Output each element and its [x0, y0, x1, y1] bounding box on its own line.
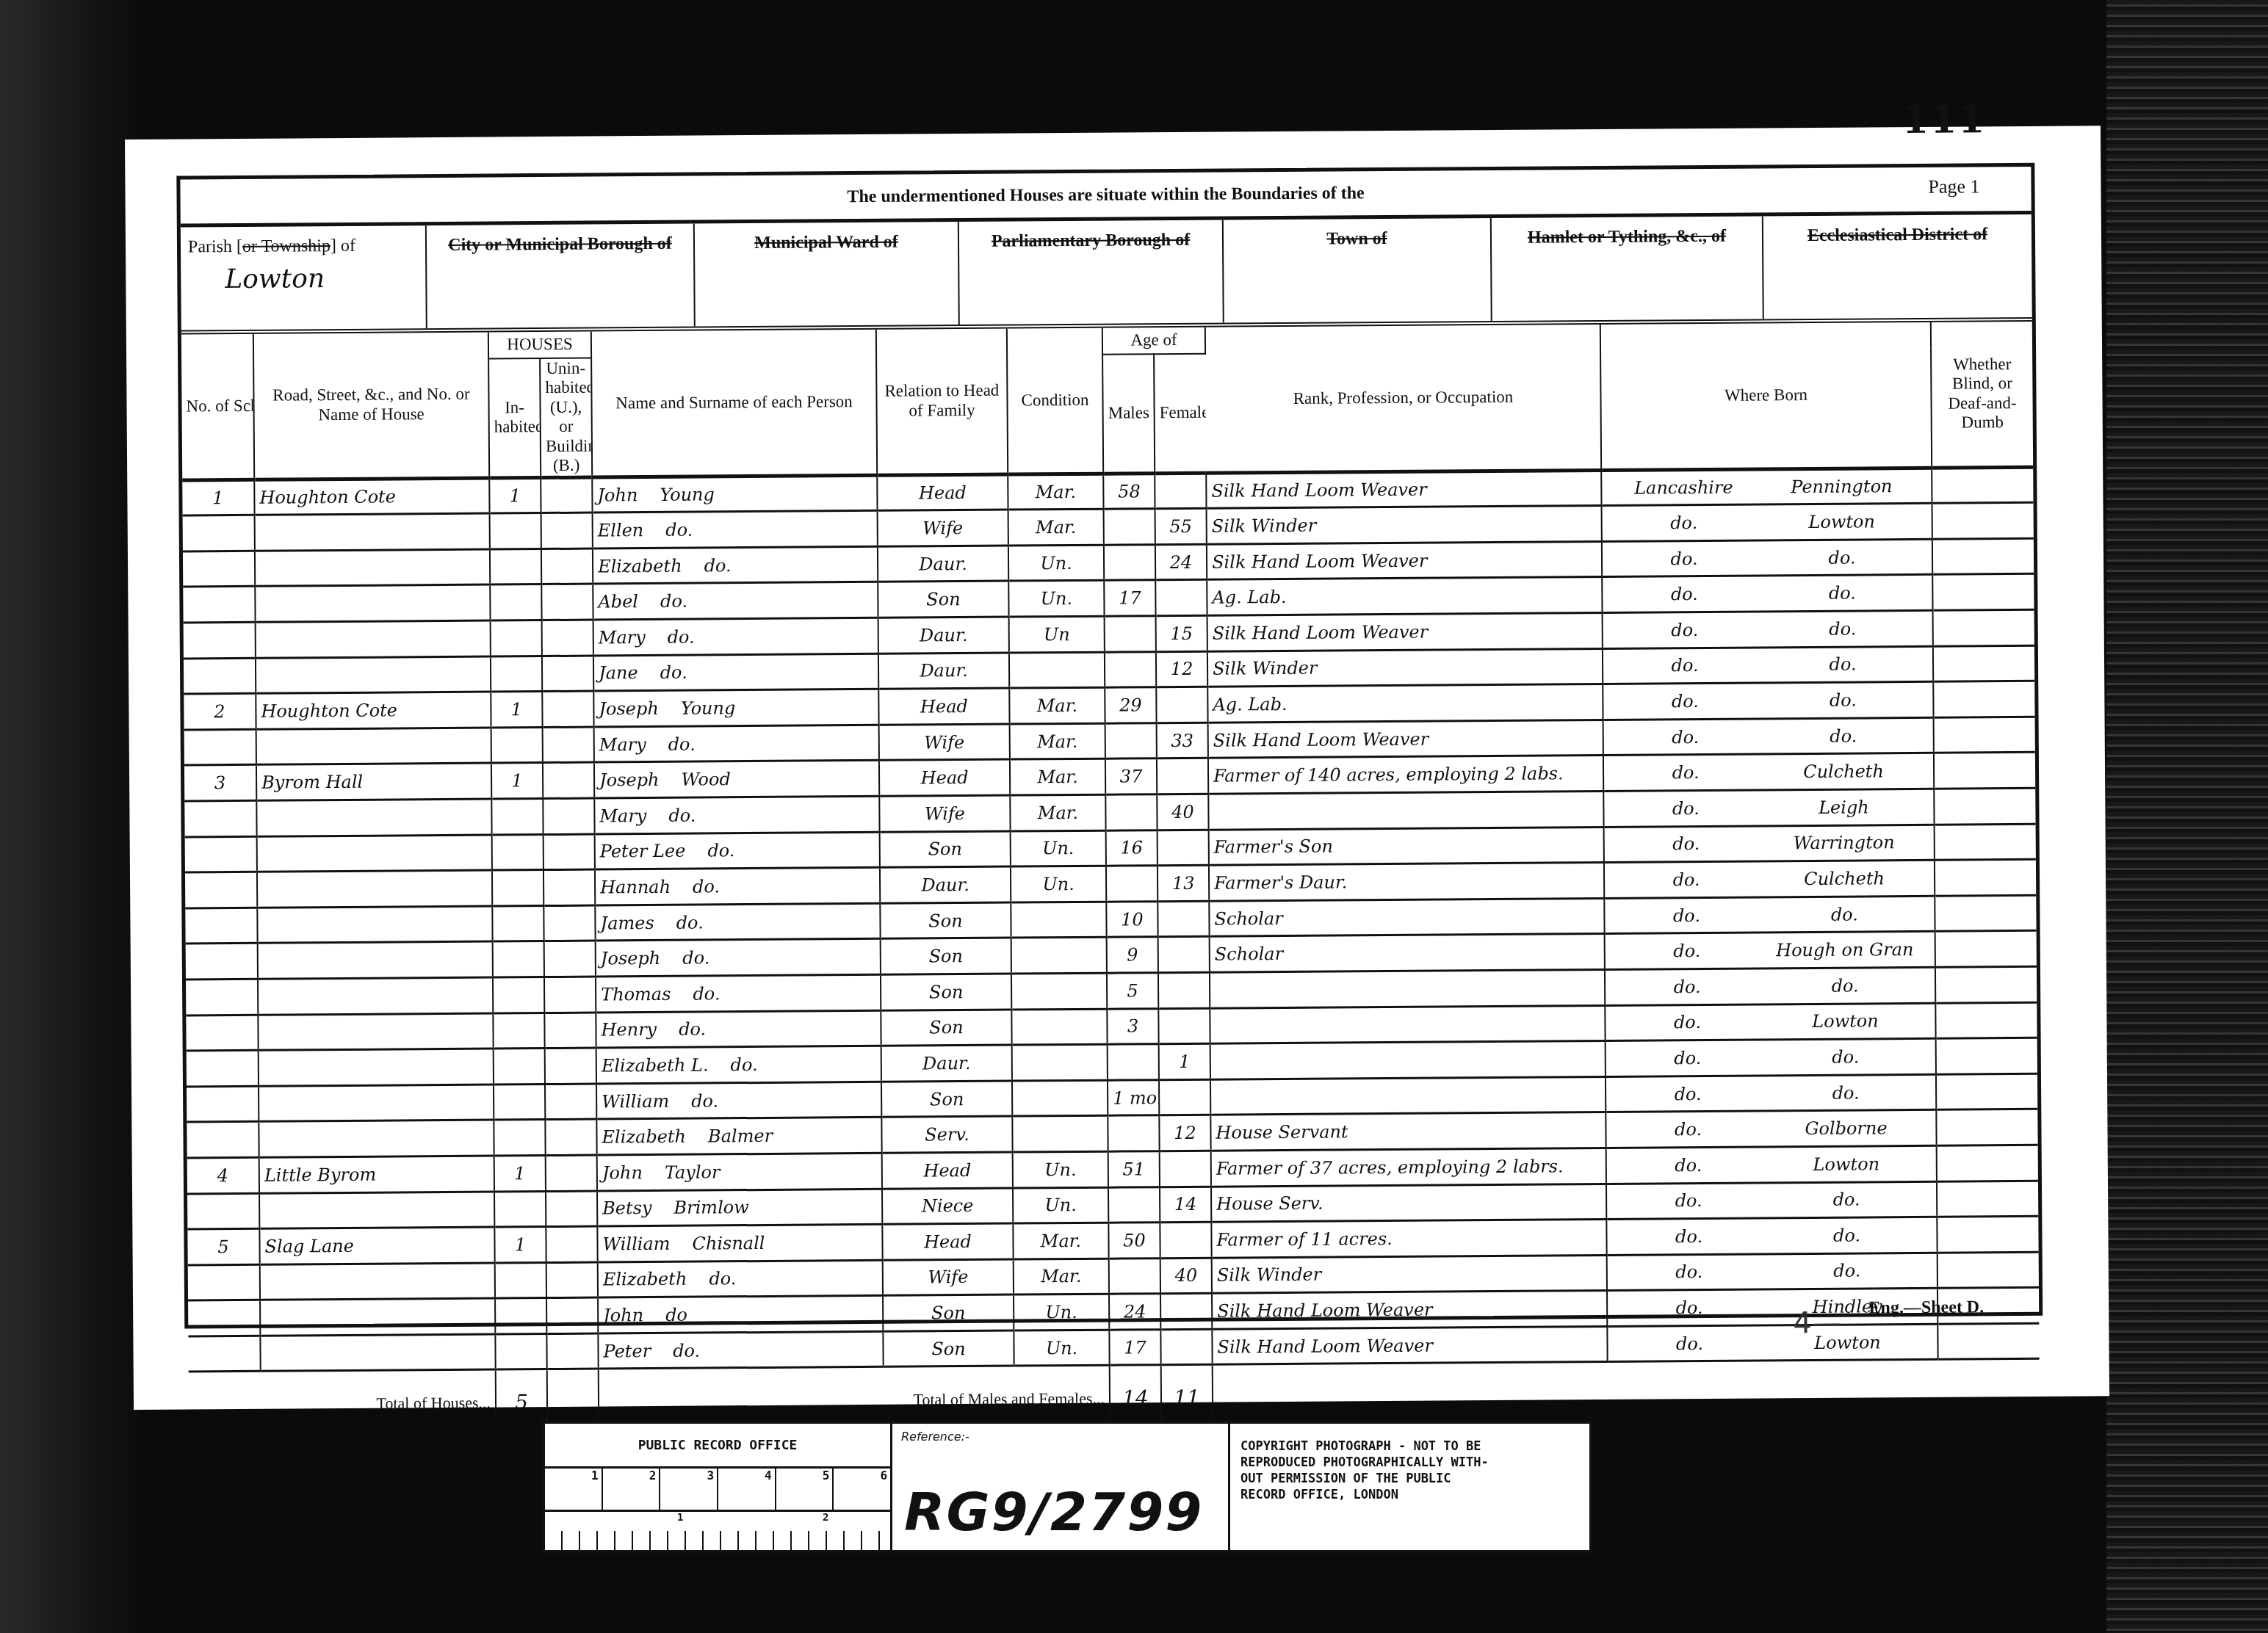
ruler-mark: 2	[823, 1512, 828, 1524]
occupation-cell	[1210, 1076, 1606, 1115]
road-cell: Little Byrom	[259, 1156, 494, 1193]
archive-office-block: PUBLIC RECORD OFFICE 1 2 3 4 5 6 1 2	[545, 1424, 892, 1550]
road-cell	[257, 835, 492, 872]
infirmity-cell	[1935, 931, 2037, 968]
person-name-cell: Peter Leedo.	[595, 832, 880, 869]
male-age-cell: 24	[1109, 1294, 1160, 1330]
birth-county: do.	[1609, 869, 1763, 890]
uninhabited-cell	[545, 1084, 596, 1120]
birthplace-cell: do.do.	[1605, 967, 1935, 1005]
district-parish: Parish [or Township] of Lowton	[181, 225, 427, 330]
female-age-cell	[1160, 1329, 1212, 1365]
inhabited-cell: 1	[494, 1155, 546, 1191]
total-females-value: 11	[1161, 1365, 1213, 1430]
birth-county: do.	[1608, 762, 1763, 783]
occupation-cell: Ag. Lab.	[1207, 684, 1603, 723]
person-name-cell: Josephdo.	[596, 939, 881, 977]
archive-label: PUBLIC RECORD OFFICE 1 2 3 4 5 6 1 2 Ref…	[542, 1421, 1592, 1553]
occupation-cell: Silk Hand Loom Weaver	[1212, 1326, 1607, 1364]
road-cell	[258, 1013, 493, 1051]
schedule-cell	[184, 622, 256, 658]
inhabited-cell	[493, 941, 544, 977]
copyright-notice: COPYRIGHT PHOTOGRAPH - NOT TO BE REPRODU…	[1230, 1424, 1589, 1550]
birthplace-cell: do.Warrington	[1604, 825, 1935, 863]
infirmity-cell	[1933, 681, 2034, 718]
male-age-cell: 37	[1105, 758, 1157, 794]
female-age-cell	[1160, 1151, 1211, 1187]
inhabited-cell: 1	[489, 477, 541, 513]
birth-county: do.	[1610, 941, 1764, 962]
surname: Young	[660, 484, 770, 505]
birthplace-cell: do.do.	[1602, 539, 1932, 577]
infirmity-cell	[1934, 717, 2035, 753]
infirmity-cell	[1933, 645, 2034, 682]
forename: Betsy	[602, 1198, 652, 1218]
condition-cell: Un.	[1014, 1294, 1109, 1330]
person-name-cell: JohnYoung	[592, 475, 877, 513]
birth-place: do.	[1766, 1225, 1927, 1247]
birth-place: Leigh	[1763, 797, 1924, 819]
schedule-cell: 2	[184, 693, 256, 729]
inhabited-cell	[495, 1298, 546, 1334]
female-age-cell: 12	[1159, 1115, 1210, 1151]
scan-background-left	[0, 0, 147, 1633]
birth-place: Culcheth	[1763, 761, 1924, 783]
occupation-cell: Silk Hand Loom Weaver	[1206, 470, 1601, 508]
birthplace-cell: do.do.	[1603, 610, 1933, 648]
birth-place: do.	[1763, 725, 1924, 747]
female-age-cell	[1155, 473, 1206, 509]
surname: do.	[673, 1339, 783, 1361]
occupation-cell: House Servant	[1210, 1112, 1606, 1151]
road-cell	[259, 1120, 494, 1157]
person-name-cell: Henrydo.	[596, 1010, 881, 1048]
relation-cell: Head	[877, 474, 1008, 511]
road-cell	[256, 799, 491, 836]
relation-cell: Son	[881, 1010, 1011, 1046]
forename: Elizabeth	[598, 555, 682, 576]
birthplace-cell: do.do.	[1606, 1181, 1937, 1220]
inhabited-cell	[490, 513, 541, 549]
infirmity-cell	[1932, 467, 2033, 504]
forename: Hannah	[600, 877, 671, 898]
ruler-mark: 1	[677, 1512, 683, 1524]
birthplace-cell: do.do.	[1606, 1217, 1937, 1255]
occupation-cell: Silk Hand Loom Weaver	[1212, 1291, 1607, 1329]
road-cell	[260, 1298, 495, 1336]
inhabited-cell	[495, 1262, 546, 1298]
birth-county: do.	[1608, 726, 1763, 747]
reference-block: Reference:- RG9/2799	[892, 1424, 1230, 1550]
female-age-cell: 12	[1156, 651, 1207, 687]
district-parliamentary-borough: Parliamentary Borough of	[959, 220, 1224, 325]
schedule-cell	[186, 944, 258, 980]
infirmity-cell	[1935, 966, 2037, 1003]
uninhabited-cell	[545, 1119, 596, 1155]
female-age-cell	[1160, 1222, 1211, 1258]
person-name-cell: Marydo.	[594, 725, 879, 762]
infirmity-cell	[1935, 860, 2036, 897]
condition-cell: Mar.	[1010, 723, 1105, 760]
uninhabited-cell	[542, 691, 593, 727]
birth-county: do.	[1612, 1297, 1766, 1319]
forename: Joseph	[601, 948, 661, 969]
road-cell	[258, 941, 493, 979]
person-name-cell: BetsyBrimlow	[597, 1189, 882, 1226]
inhabited-cell	[494, 1049, 545, 1085]
birth-county: do.	[1607, 548, 1761, 569]
occupation-cell: Farmer of 140 acres, employing 2 labs.	[1208, 756, 1603, 794]
scale-mark: 2	[603, 1469, 661, 1510]
surname: Taylor	[665, 1162, 775, 1183]
road-cell	[258, 977, 493, 1015]
male-age-cell: 10	[1106, 901, 1158, 937]
birth-county: do.	[1612, 1261, 1766, 1283]
infirmity-cell	[1936, 1038, 2037, 1074]
surname: do.	[668, 733, 779, 754]
infirmity-cell	[1935, 895, 2036, 932]
forename: John	[597, 485, 638, 505]
birthplace-cell: do.do.	[1603, 682, 1933, 720]
person-name-cell: Peterdo.	[598, 1331, 883, 1369]
occupation-cell: Silk Winder	[1207, 506, 1602, 544]
male-age-cell: 51	[1108, 1151, 1160, 1187]
birthplace-cell: do.do.	[1606, 1074, 1936, 1112]
inhabited-cell	[491, 656, 542, 692]
inhabited-cell	[491, 799, 543, 835]
birth-place: do.	[1761, 582, 1923, 604]
person-name-cell: Johndo	[598, 1296, 883, 1333]
birthplace-cell: do.do.	[1607, 1253, 1937, 1291]
female-age-cell	[1158, 1008, 1210, 1044]
census-form: The undermentioned Houses are situate wi…	[176, 163, 2043, 1329]
male-age-cell	[1104, 509, 1155, 545]
condition-cell: Un.	[1008, 581, 1104, 618]
relation-cell: Serv.	[881, 1116, 1012, 1153]
occupation-cell: Silk Hand Loom Weaver	[1207, 612, 1603, 651]
person-name-cell: JohnTaylor	[597, 1153, 882, 1190]
infirmity-cell	[1932, 574, 2034, 611]
parish-value: Lowton	[188, 263, 418, 294]
district-header: Parish [or Township] of Lowton City or M…	[181, 214, 2032, 335]
uninhabited-cell	[546, 1297, 598, 1333]
uninhabited-cell	[543, 762, 594, 798]
relation-cell: Wife	[879, 724, 1010, 761]
birth-county: do.	[1611, 1083, 1765, 1104]
surname: do.	[682, 947, 792, 968]
district-hamlet: Hamlet or Tything, &c., of	[1492, 216, 1764, 321]
forename: Mary	[599, 734, 646, 755]
col-inhabited: In-habited	[488, 358, 541, 478]
forename: Joseph	[599, 698, 659, 720]
condition-cell: Mar.	[1008, 474, 1103, 510]
scale-mark: 6	[834, 1469, 890, 1510]
surname: do.	[693, 876, 803, 897]
relation-cell: Daur.	[881, 1045, 1012, 1082]
birth-county: do.	[1612, 1333, 1766, 1354]
infirmity-cell	[1933, 609, 2034, 646]
relation-cell: Head	[882, 1223, 1013, 1260]
scale-bar: 1 2 3 4 5 6	[545, 1469, 890, 1512]
inhabited-cell	[493, 977, 544, 1013]
birth-county: do.	[1611, 1190, 1766, 1212]
female-age-cell: 15	[1156, 615, 1207, 651]
birth-place: Lowton	[1764, 1010, 1926, 1032]
uninhabited-cell	[544, 1013, 596, 1049]
birth-place: do.	[1766, 1189, 1927, 1211]
birth-county: do.	[1607, 584, 1761, 605]
surname: do.	[665, 519, 776, 540]
infirmity-cell	[1937, 1145, 2038, 1181]
person-name-cell: Marydo.	[594, 796, 879, 833]
birthplace-cell: do.Lowton	[1607, 1324, 1937, 1362]
forename: Peter	[603, 1341, 651, 1361]
occupation-cell	[1208, 791, 1603, 829]
male-age-cell	[1109, 1258, 1160, 1294]
inhabited-cell	[493, 1013, 544, 1049]
inhabited-cell	[492, 905, 543, 941]
person-name-cell: JosephWood	[594, 761, 879, 798]
road-cell	[257, 906, 492, 944]
archive-office-name: PUBLIC RECORD OFFICE	[545, 1424, 890, 1469]
birth-place: Lowton	[1766, 1332, 1928, 1354]
infirmity-cell	[1934, 753, 2035, 789]
census-page: 111 The undermentioned Houses are situat…	[125, 126, 2109, 1410]
col-name: Name and Surname of each Person	[591, 330, 877, 477]
occupation-cell: Ag. Lab.	[1207, 577, 1602, 615]
col-houses: HOUSES	[488, 332, 591, 359]
female-age-cell	[1160, 1293, 1212, 1329]
birth-county: do.	[1609, 833, 1763, 855]
reference-value: RG9/2799	[904, 1481, 1203, 1543]
condition-cell	[1011, 1009, 1107, 1046]
forename: Thomas	[601, 984, 671, 1005]
birth-place: Pennington	[1760, 476, 1922, 498]
female-age-cell	[1155, 580, 1207, 616]
schedule-cell	[188, 1336, 260, 1372]
male-age-cell: 3	[1107, 1008, 1158, 1044]
person-name-cell: Marydo.	[593, 618, 878, 655]
female-age-cell: 24	[1155, 544, 1207, 580]
birthplace-cell: do.Lowton	[1606, 1145, 1937, 1184]
uninhabited-cell	[546, 1333, 598, 1369]
folio-number: 111	[1902, 97, 1987, 142]
occupation-cell	[1210, 1005, 1605, 1043]
total-houses-value: 5	[496, 1369, 548, 1434]
person-name-cell: Ellendo.	[593, 511, 878, 548]
male-age-cell	[1105, 651, 1156, 687]
occupation-cell: Farmer of 37 acres, employing 2 labrs.	[1211, 1148, 1606, 1186]
col-infirmity: Whether Blind, or Deaf-and-Dumb	[1931, 322, 2033, 468]
forename: William	[602, 1090, 669, 1112]
surname: do.	[704, 554, 814, 576]
totals-blank	[1213, 1359, 2040, 1430]
birthplace-cell: do.Lowton	[1602, 504, 1932, 542]
infirmity-cell	[1937, 1216, 2038, 1253]
uninhabited-cell	[543, 869, 595, 905]
condition-cell: Mar.	[1010, 759, 1105, 796]
condition-cell	[1012, 1044, 1108, 1081]
occupation-cell: House Serv.	[1211, 1184, 1606, 1222]
birthplace-cell: do.do.	[1604, 896, 1935, 934]
uninhabited-cell	[542, 656, 593, 692]
occupation-cell: Silk Hand Loom Weaver	[1208, 720, 1603, 758]
schedule-cell	[183, 515, 255, 551]
surname: do.	[668, 626, 778, 648]
condition-cell: Un.	[1014, 1330, 1109, 1366]
birth-place: do.	[1762, 618, 1924, 640]
surname: Chisnall	[692, 1232, 802, 1253]
condition-cell	[1012, 1080, 1108, 1117]
condition-cell: Mar.	[1008, 509, 1104, 546]
schedule-cell: 1	[182, 479, 254, 515]
forename: William	[602, 1234, 670, 1255]
uninhabited-cell	[546, 1262, 598, 1298]
female-age-cell: 55	[1155, 508, 1207, 544]
surname: do.	[730, 1054, 840, 1075]
forename: Abel	[598, 591, 638, 612]
uninhabited-cell	[546, 1191, 597, 1227]
uninhabited-cell	[546, 1155, 597, 1191]
scale-mark: 3	[660, 1469, 718, 1510]
birth-county: do.	[1611, 1225, 1766, 1247]
surname: do.	[679, 1018, 789, 1040]
birthplace-cell: do.do.	[1606, 1038, 1936, 1076]
relation-cell: Son	[881, 1081, 1012, 1118]
uninhabited-cell	[542, 620, 593, 656]
condition-cell: Mar.	[1009, 687, 1105, 724]
female-age-cell	[1158, 937, 1210, 973]
condition-cell: Un	[1009, 616, 1105, 653]
occupation-cell	[1210, 969, 1605, 1007]
schedule-cell	[185, 836, 257, 872]
col-where-born: Where Born	[1600, 322, 1932, 470]
birth-county: do.	[1608, 619, 1762, 640]
schedule-cell	[187, 1086, 259, 1122]
inhabited-cell	[494, 1191, 546, 1227]
col-schedule: No. of Schedule	[181, 334, 254, 480]
uninhabited-cell	[541, 584, 593, 620]
schedule-cell	[185, 872, 257, 908]
forename: Elizabeth	[603, 1269, 687, 1290]
birthplace-cell: do.do.	[1602, 575, 1932, 613]
scale-mark: 1	[545, 1469, 603, 1510]
person-name-cell: Elizabethdo.	[598, 1260, 883, 1297]
uninhabited-cell	[544, 977, 596, 1013]
person-name-cell: Jamesdo.	[595, 903, 880, 941]
male-age-cell: 58	[1103, 473, 1155, 509]
infirmity-cell	[1935, 824, 2036, 861]
birthplace-cell: do.Culcheth	[1603, 753, 1934, 792]
birth-place: do.	[1762, 653, 1924, 676]
schedule-cell	[187, 1122, 259, 1158]
female-age-cell	[1158, 972, 1210, 1008]
birth-county: do.	[1607, 512, 1761, 533]
inhabited-cell: 1	[494, 1227, 546, 1263]
condition-cell: Mar.	[1014, 1259, 1109, 1295]
birthplace-cell: do.do.	[1603, 646, 1933, 684]
birth-place: Warrington	[1763, 832, 1925, 854]
inhabited-cell	[495, 1333, 546, 1369]
road-cell: Byrom Hall	[256, 763, 491, 800]
scale-mark: 4	[718, 1469, 776, 1510]
road-cell	[259, 1049, 494, 1086]
relation-cell: Head	[878, 688, 1009, 725]
col-condition: Condition	[1007, 328, 1103, 474]
schedule-cell	[186, 979, 258, 1015]
birth-county: do.	[1610, 1012, 1764, 1033]
road-cell	[256, 620, 491, 658]
forename: Peter Lee	[600, 841, 686, 862]
person-name-cell: Elizabethdo.	[593, 546, 878, 584]
col-age: Age of	[1102, 327, 1205, 355]
road-cell	[256, 656, 491, 694]
schedule-cell	[188, 1300, 260, 1336]
forename: Henry	[601, 1019, 657, 1040]
birth-place: do.	[1762, 689, 1924, 712]
forename: Elizabeth L.	[602, 1054, 709, 1076]
infirmity-cell	[1937, 1181, 2038, 1217]
inhabited-cell	[492, 834, 543, 870]
birth-place: do.	[1765, 1046, 1926, 1068]
forename: John	[602, 1162, 643, 1183]
condition-cell: Un.	[1011, 830, 1106, 867]
condition-cell	[1012, 1116, 1108, 1153]
relation-cell: Head	[879, 759, 1010, 796]
banner-title: The undermentioned Houses are situate wi…	[847, 184, 1364, 207]
inhabited-cell	[491, 620, 542, 656]
uninhabited-cell	[543, 905, 595, 941]
district-municipal-ward: Municipal Ward of	[695, 222, 960, 327]
col-females: Females	[1154, 354, 1206, 474]
road-cell: Houghton Cote	[256, 692, 491, 729]
male-age-cell	[1105, 794, 1157, 830]
schedule-cell: 4	[187, 1157, 259, 1193]
road-cell: Houghton Cote	[254, 478, 489, 515]
forename: Mary	[599, 627, 646, 648]
relation-cell: Son	[883, 1330, 1014, 1367]
surname: Young	[681, 698, 791, 719]
col-relation: Relation to Head of Family	[876, 329, 1008, 475]
relation-cell: Son	[881, 938, 1011, 974]
road-cell	[260, 1263, 495, 1300]
birth-place: do.	[1765, 1082, 1926, 1104]
condition-cell: Mar.	[1013, 1223, 1108, 1259]
female-age-cell: 1	[1159, 1043, 1210, 1079]
forename: John	[603, 1305, 643, 1325]
infirmity-cell	[1935, 1002, 2037, 1039]
schedule-cell: 5	[187, 1228, 259, 1264]
male-age-cell: 9	[1107, 937, 1158, 973]
female-age-cell: 13	[1158, 865, 1209, 901]
male-age-cell: 1 mo.	[1108, 1079, 1159, 1115]
forename: Ellen	[598, 520, 644, 540]
district-ecclesiastical: Ecclesiastical District of	[1763, 214, 2032, 319]
uninhabited-cell	[543, 798, 594, 834]
uninhabited-cell	[541, 513, 593, 548]
birth-county: do.	[1608, 655, 1762, 676]
forename: Joseph	[599, 770, 660, 791]
surname: Wood	[681, 769, 791, 790]
birthplace-cell: do.Golborne	[1606, 1110, 1936, 1148]
condition-cell: Un.	[1008, 545, 1104, 582]
birth-county: do.	[1609, 905, 1763, 926]
schedule-cell	[183, 587, 255, 623]
col-uninhabited: Unin-habited (U.), or Building (B.)	[540, 358, 592, 478]
uninhabited-cell	[545, 1048, 596, 1084]
person-name-cell: Williamdo.	[596, 1082, 881, 1119]
person-name-cell: Thomasdo.	[596, 974, 881, 1012]
